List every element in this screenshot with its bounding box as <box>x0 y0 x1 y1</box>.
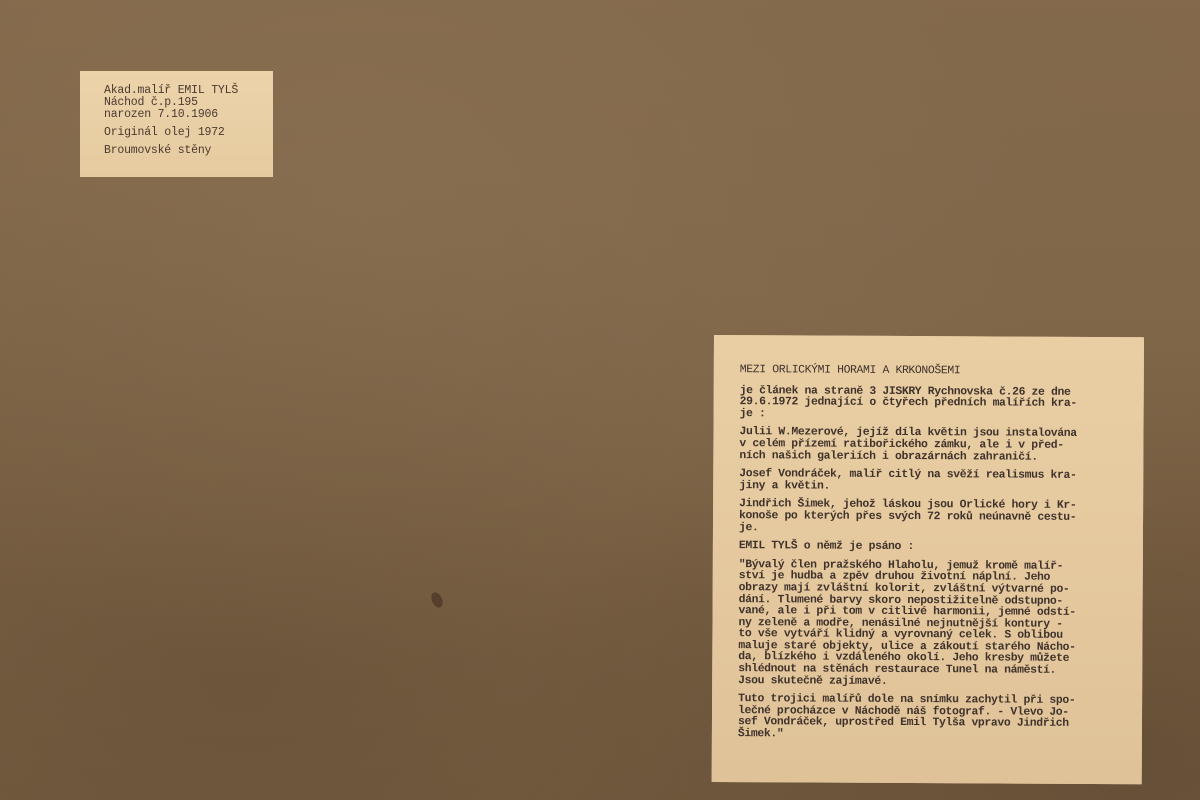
label-line: Broumovské stěny <box>104 145 273 157</box>
stain-mark <box>429 591 445 610</box>
article-paragraph: je článek na straně 3 JISKRY Rychnovska … <box>740 386 1134 423</box>
article-title: MEZI ORLICKÝMI HORAMI A KRKONOŠEMI <box>740 365 1134 379</box>
article-line: sef Vondráček, uprostřed Emil Tylša vpra… <box>738 718 1132 732</box>
article-line: je : <box>740 409 1134 423</box>
article-line: 29.6.1972 jednající o čtyřech předních m… <box>740 397 1134 411</box>
article-line: ních našich galeriích i obrazárnách zahr… <box>739 451 1133 465</box>
article-body: je článek na straně 3 JISKRY Rychnovska … <box>738 386 1134 743</box>
label-line: Originál olej 1972 <box>104 127 273 139</box>
article-line: konoše po kterých přes svých 72 roků neú… <box>739 511 1133 525</box>
label-line: narozen 7.10.1906 <box>104 109 273 121</box>
article-paragraph: EMIL TYLŠ o němž je psáno : <box>739 541 1133 555</box>
artist-label: Akad.malíř EMIL TYLŠ Náchod č.p.195 naro… <box>80 71 273 177</box>
newspaper-clipping: MEZI ORLICKÝMI HORAMI A KRKONOŠEMI je čl… <box>712 335 1144 784</box>
article-paragraph: Josef Vondráček, malíř citlý na svěží re… <box>739 469 1133 494</box>
article-line: Jsou skutečně zajímavé. <box>738 676 1132 690</box>
article-line: je. <box>739 523 1133 537</box>
article-line: Šimek." <box>738 729 1132 743</box>
article-paragraph: Julii W.Mezerové, jejíž díla květin jsou… <box>739 428 1133 465</box>
article-paragraph: Tuto trojici malířů dole na snímku zachy… <box>738 694 1132 742</box>
article-line: jiny a květin. <box>739 481 1133 495</box>
article-paragraph: Jindřich Šimek, jehož láskou jsou Orlick… <box>739 499 1133 536</box>
article-line: EMIL TYLŠ o němž je psáno : <box>739 541 1133 555</box>
article-paragraph: "Bývalý člen pražského Hlaholu, jemuž kr… <box>738 560 1133 690</box>
